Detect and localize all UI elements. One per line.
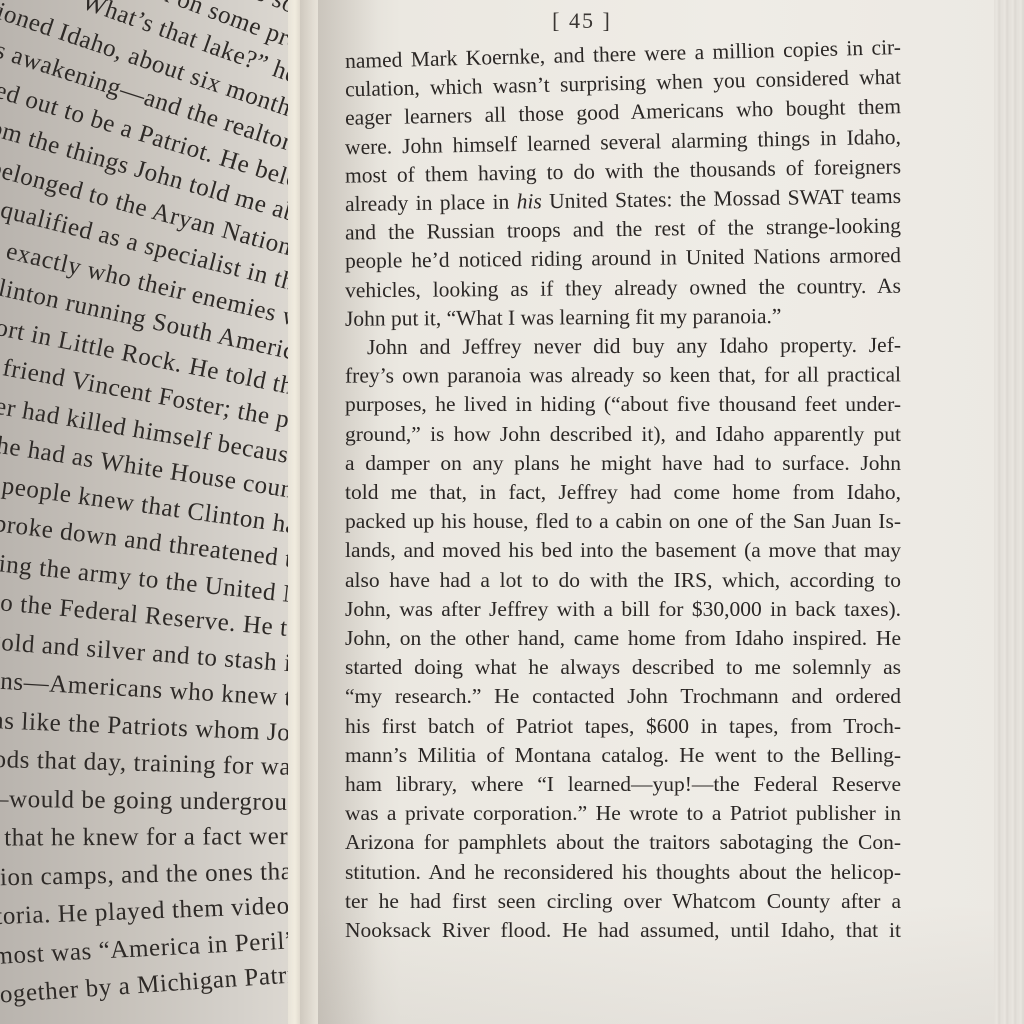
text-line: also have had a lot to do with the IRS, … xyxy=(345,566,901,595)
text-line: ham library, where “I learned—yup!—the F… xyxy=(345,770,901,799)
text-line: told me that, in fact, Jeffrey had come … xyxy=(345,478,901,507)
text-line: packed up his house, fled to a cabin on … xyxy=(345,507,901,536)
text-line: was a private corporation.” He wrote to … xyxy=(345,799,901,828)
text-line: ngs that he knew for a fact were xyxy=(0,820,292,856)
text-line: Arizona for pamphlets about the traitors… xyxy=(345,828,901,857)
text-line: John, was after Jeffrey with a bill for … xyxy=(345,595,901,624)
text-line: stitution. And he reconsidered his thoug… xyxy=(345,858,901,887)
left-page-text: ping contractor). Jeffrey was some sort … xyxy=(0,0,292,993)
text-line: a damper on any plans he might have had … xyxy=(345,449,901,478)
text-line: people he’d noticed riding around in Uni… xyxy=(345,242,901,277)
italic-emphasis: his xyxy=(516,189,541,213)
text-line: mann’s Militia of Montana catalog. He we… xyxy=(345,741,901,770)
left-page: ping contractor). Jeffrey was some sort … xyxy=(0,0,292,1024)
text-line: lands, and moved his bed into the baseme… xyxy=(345,536,901,565)
text-line: “my research.” He contacted John Trochma… xyxy=(345,682,901,711)
text-line: started doing what he always described t… xyxy=(345,653,901,682)
right-page-text: named Mark Koernke, and there were a mil… xyxy=(345,40,905,945)
text-line: his first batch of Patriot tapes, $600 i… xyxy=(345,712,901,741)
text-line: ter he had first seen circling over What… xyxy=(345,887,901,916)
text-line: frey’s own paranoia was already so keen … xyxy=(345,361,901,391)
page-stack-edges xyxy=(994,0,1024,1024)
text-line: John put it, “What I was learning fit my… xyxy=(345,301,901,334)
text-line: purposes, he lived in hiding (“about fiv… xyxy=(345,390,901,419)
text-line: ground,” is how John described it), and … xyxy=(345,420,901,449)
text-line: Nooksack River flood. He had assumed, un… xyxy=(345,916,901,945)
page-number: [ 45 ] xyxy=(537,8,627,34)
text-line: John and Jeffrey never did buy any Idaho… xyxy=(345,331,901,363)
open-book-spread: ping contractor). Jeffrey was some sort … xyxy=(0,0,1024,1024)
text-line: ns—would be going underground xyxy=(0,782,292,820)
text-line: vehicles, looking as if they already own… xyxy=(345,271,901,305)
text-line: John, on the other hand, came home from … xyxy=(345,624,901,653)
